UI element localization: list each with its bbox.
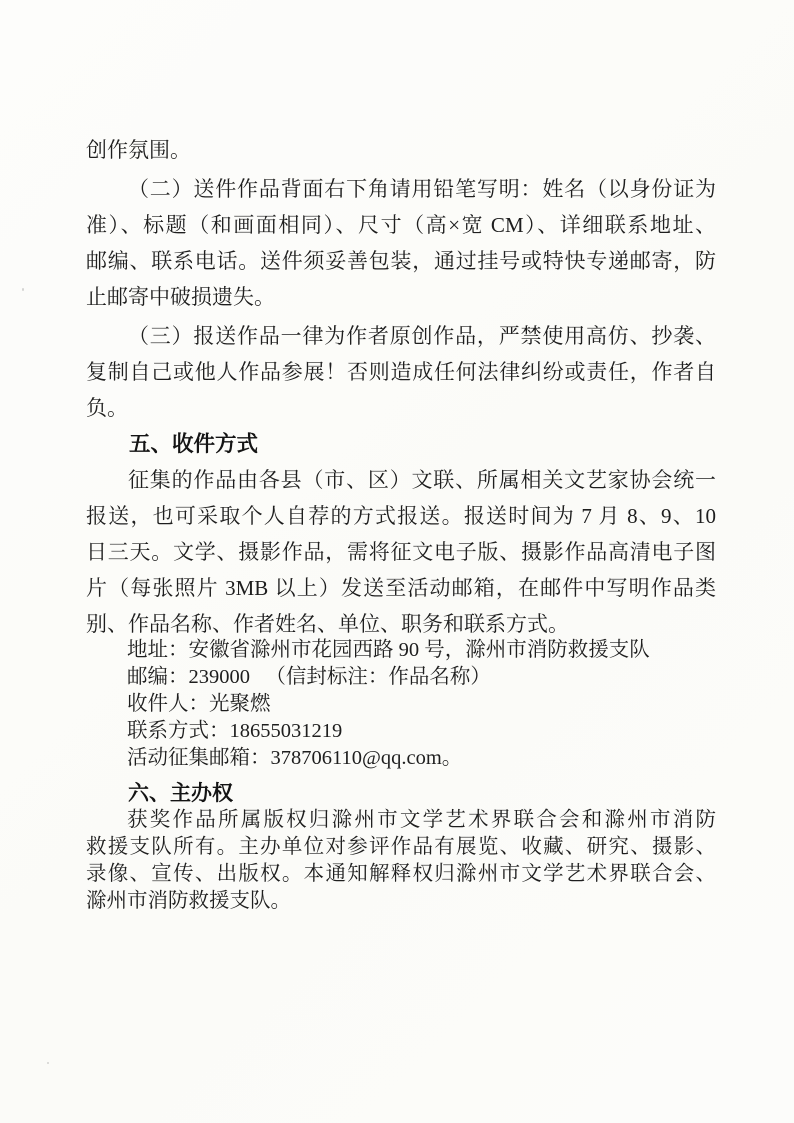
section-5-heading: 五、收件方式	[86, 426, 716, 462]
section-6-heading: 六、主办权	[86, 780, 716, 807]
submission-line-2: 报送，也可采取个人自荐的方式报送。报送时间为 7 月 8、9、10	[86, 498, 716, 534]
submission-line-3: 日三天。文学、摄影作品，需将征文电子版、摄影作品高清电子图	[86, 534, 716, 570]
submission-line-4: 片（每张照片 3MB 以上）发送至活动邮箱，在邮件中写明作品类	[86, 570, 716, 606]
contact-email-line: 活动征集邮箱：378706110@qq.com。	[86, 745, 716, 772]
rule2-line-4: 止邮寄中破损遗失。	[86, 279, 716, 315]
section-6-block: 六、主办权 获奖作品所属版权归滁州市文学艺术界联合会和滁州市消防 救援支队所有。…	[86, 780, 716, 915]
submission-line-1: 征集的作品由各县（市、区）文联、所属相关文艺家协会统一	[86, 462, 716, 498]
paragraph-rights: 获奖作品所属版权归滁州市文学艺术界联合会和滁州市消防 救援支队所有。主办单位对参…	[86, 807, 716, 915]
rule3-line-1: （三）报送作品一律为作者原创作品，严禁使用高仿、抄袭、	[86, 318, 716, 354]
contact-postcode-line: 邮编：239000 （信封标注：作品名称）	[86, 664, 716, 691]
contact-recipient-line: 收件人：光聚燃	[86, 691, 716, 718]
body-text-upper-section: 创作氛围。 （二）送件作品背面右下角请用铅笔写明：姓名（以身份证为 准）、标题（…	[86, 132, 716, 642]
rule2-line-2: 准）、标题（和画面相同）、尺寸（高×宽 CM）、详细联系地址、	[86, 207, 716, 243]
rule3-line-3: 负。	[86, 390, 716, 426]
rights-line-4: 滁州市消防救援支队。	[86, 888, 716, 915]
paragraph-rule-2: （二）送件作品背面右下角请用铅笔写明：姓名（以身份证为 准）、标题（和画面相同）…	[86, 171, 716, 315]
paragraph-continuation-line: 创作氛围。	[86, 132, 716, 168]
rights-line-3: 录像、宣传、出版权。本通知解释权归滁州市文学艺术界联合会、	[86, 861, 716, 888]
contact-address-line: 地址：安徽省滁州市花园西路 90 号，滁州市消防救援支队	[86, 637, 716, 664]
rule2-line-3: 邮编、联系电话。送件须妥善包装，通过挂号或特快专递邮寄，防	[86, 243, 716, 279]
rule3-line-2: 复制自己或他人作品参展！否则造成任何法律纠纷或责任，作者自	[86, 354, 716, 390]
rule2-line-1: （二）送件作品背面右下角请用铅笔写明：姓名（以身份证为	[86, 171, 716, 207]
paragraph-rule-3: （三）报送作品一律为作者原创作品，严禁使用高仿、抄袭、 复制自己或他人作品参展！…	[86, 318, 716, 426]
rights-line-2: 救援支队所有。主办单位对参评作品有展览、收藏、研究、摄影、	[86, 834, 716, 861]
paragraph-submission-method: 征集的作品由各县（市、区）文联、所属相关文艺家协会统一 报送，也可采取个人自荐的…	[86, 462, 716, 642]
scanned-notice-page: 创作氛围。 （二）送件作品背面右下角请用铅笔写明：姓名（以身份证为 准）、标题（…	[0, 0, 794, 1123]
rights-line-1: 获奖作品所属版权归滁州市文学艺术界联合会和滁州市消防	[86, 807, 716, 834]
contact-phone-line: 联系方式：18655031219	[86, 718, 716, 745]
contact-info-block: 地址：安徽省滁州市花园西路 90 号，滁州市消防救援支队 邮编：239000 （…	[86, 637, 716, 772]
scan-speck	[47, 1062, 49, 1064]
scan-speck	[22, 288, 24, 291]
